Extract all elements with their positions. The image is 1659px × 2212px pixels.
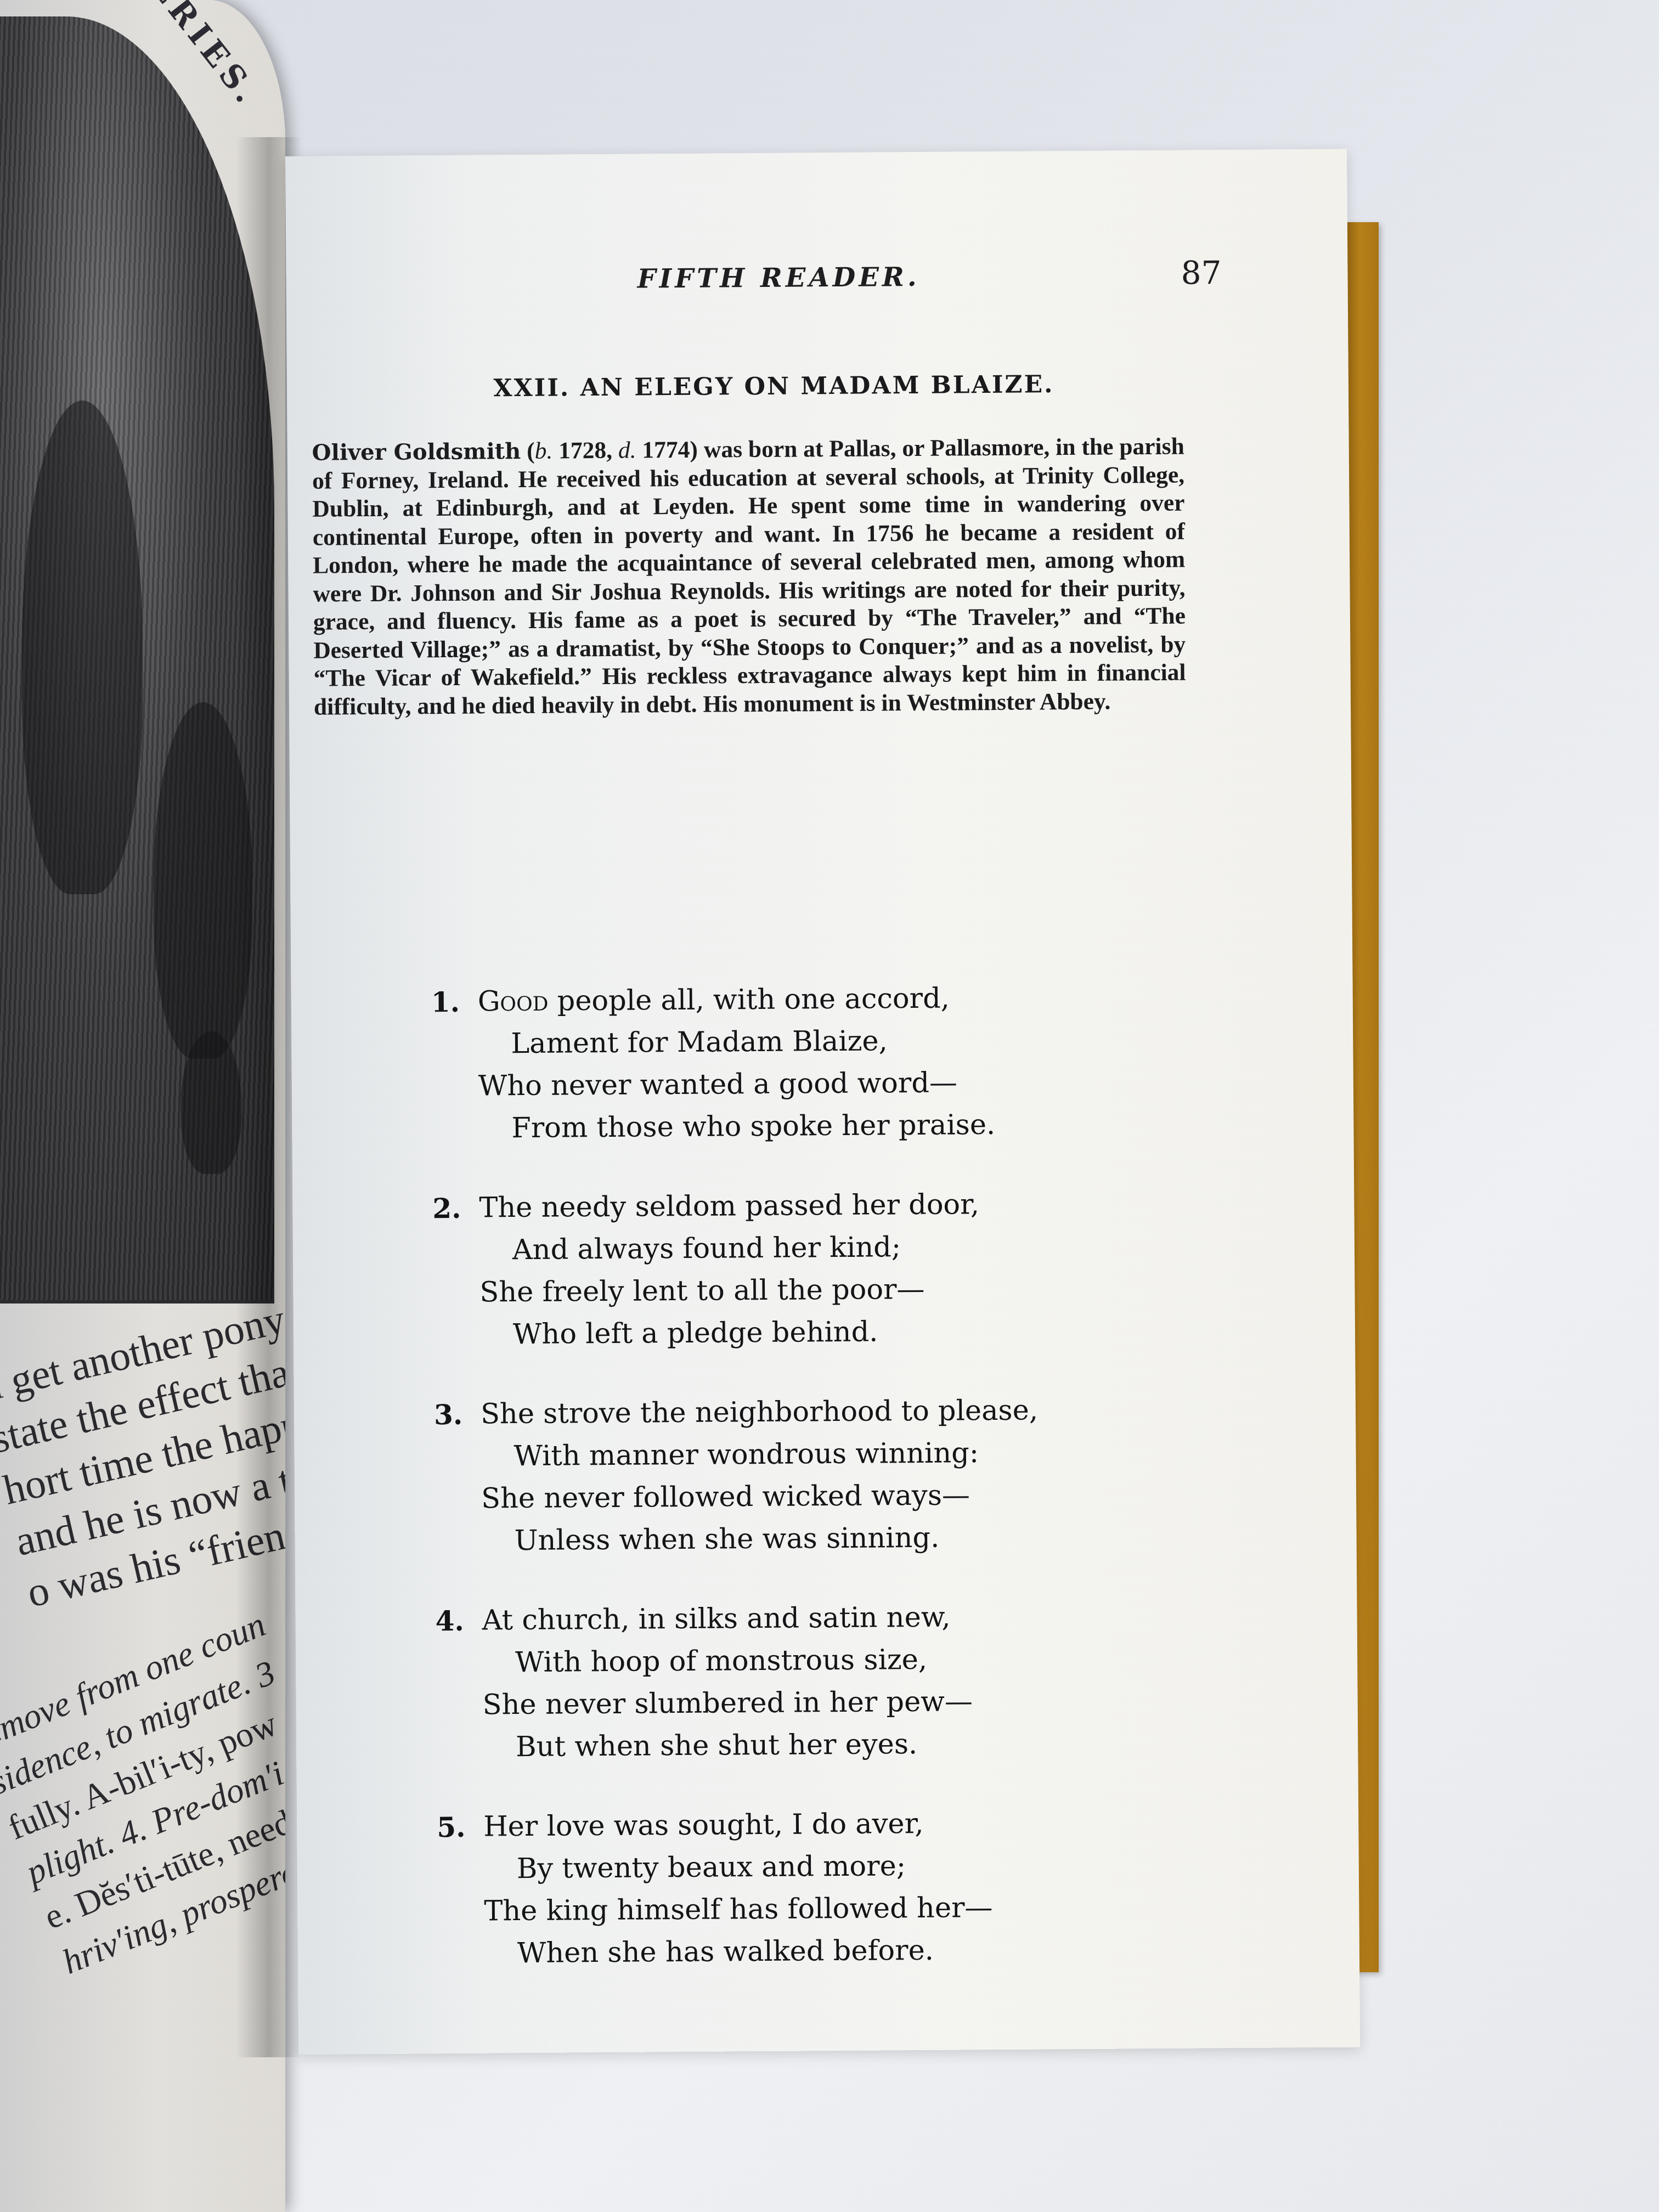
stanza-number: 4. [435, 1600, 464, 1642]
poem-line: Lament for Madam Blaize, [415, 1018, 1238, 1065]
born-abbr: b. [535, 438, 553, 464]
figure-child [181, 1031, 241, 1174]
poem-line: The needy seldom passed her door, [479, 1188, 979, 1224]
poem-line: Who left a pledge behind. [417, 1308, 1240, 1356]
running-head: FIFTH READER. [637, 262, 919, 295]
poem-line: Unless when she was sinning. [418, 1515, 1242, 1562]
stanza-number: 3. [434, 1393, 463, 1436]
poem-line: By twenty beaux and more; [421, 1843, 1244, 1891]
bio-text: was born at Pallas, or Pallasmore, in th… [312, 433, 1186, 720]
stanza-number: 2. [432, 1187, 461, 1229]
died-abbr: d. [618, 437, 636, 464]
stanza-4: 4.At church, in silks and satin new, Wit… [419, 1594, 1243, 1769]
poem-line: Who never wanted a good word— [415, 1060, 1239, 1108]
poem-line: At church, in silks and satin new, [482, 1601, 950, 1637]
poem-line: She never followed wicked ways— [418, 1472, 1242, 1520]
poem-line: Her love was sought, I do aver, [483, 1808, 924, 1843]
stanza-number: 5. [437, 1806, 466, 1848]
poem-line: But when she shut her eyes. [420, 1721, 1243, 1769]
poem-line: She strove the neighborhood to please, [481, 1394, 1038, 1430]
poem-line: From those who spoke her praise. [415, 1102, 1239, 1150]
figure-man-in-hat [22, 400, 143, 894]
engraving-illustration [0, 16, 274, 1304]
poem-line: And always found her kind; [416, 1224, 1240, 1272]
poem-line: She freely lent to all the poor— [416, 1266, 1240, 1314]
author-biography: Oliver Goldsmith (b. 1728, d. 1774) was … [312, 433, 1187, 721]
author-name: Oliver Goldsmith [312, 438, 521, 466]
poem-line: The king himself has followed her— [421, 1885, 1244, 1933]
lesson-title: XXII. AN ELEGY ON MADAM BLAIZE. [287, 368, 1348, 404]
page-number: 87 [1181, 254, 1221, 292]
stanza-3: 3.She strove the neighborhood to please,… [417, 1388, 1242, 1562]
poem-line: When she has walked before. [421, 1927, 1245, 1975]
stanza-5: 5.Her love was sought, I do aver, By twe… [420, 1801, 1244, 1975]
bio-paren: ( [521, 438, 535, 464]
died-year: 1774) [636, 437, 698, 464]
poem-line: She never slumbered in her pew— [419, 1679, 1243, 1726]
poem: 1.Good people all, with one accord, Lame… [415, 975, 1245, 2012]
right-page: FIFTH READER. 87 XXII. AN ELEGY ON MADAM… [285, 149, 1360, 2054]
drop-word: Good [478, 985, 549, 1018]
poem-line: people all, with one accord, [548, 983, 950, 1018]
stanza-1: 1.Good people all, with one accord, Lame… [415, 975, 1239, 1150]
stanza-2: 2.The needy seldom passed her door, And … [416, 1182, 1240, 1356]
poem-line: With manner wondrous winning: [417, 1430, 1241, 1478]
stanza-number: 1. [431, 981, 460, 1023]
born-year: 1728, [552, 437, 618, 464]
poem-line: With hoop of monstrous size, [419, 1637, 1243, 1684]
